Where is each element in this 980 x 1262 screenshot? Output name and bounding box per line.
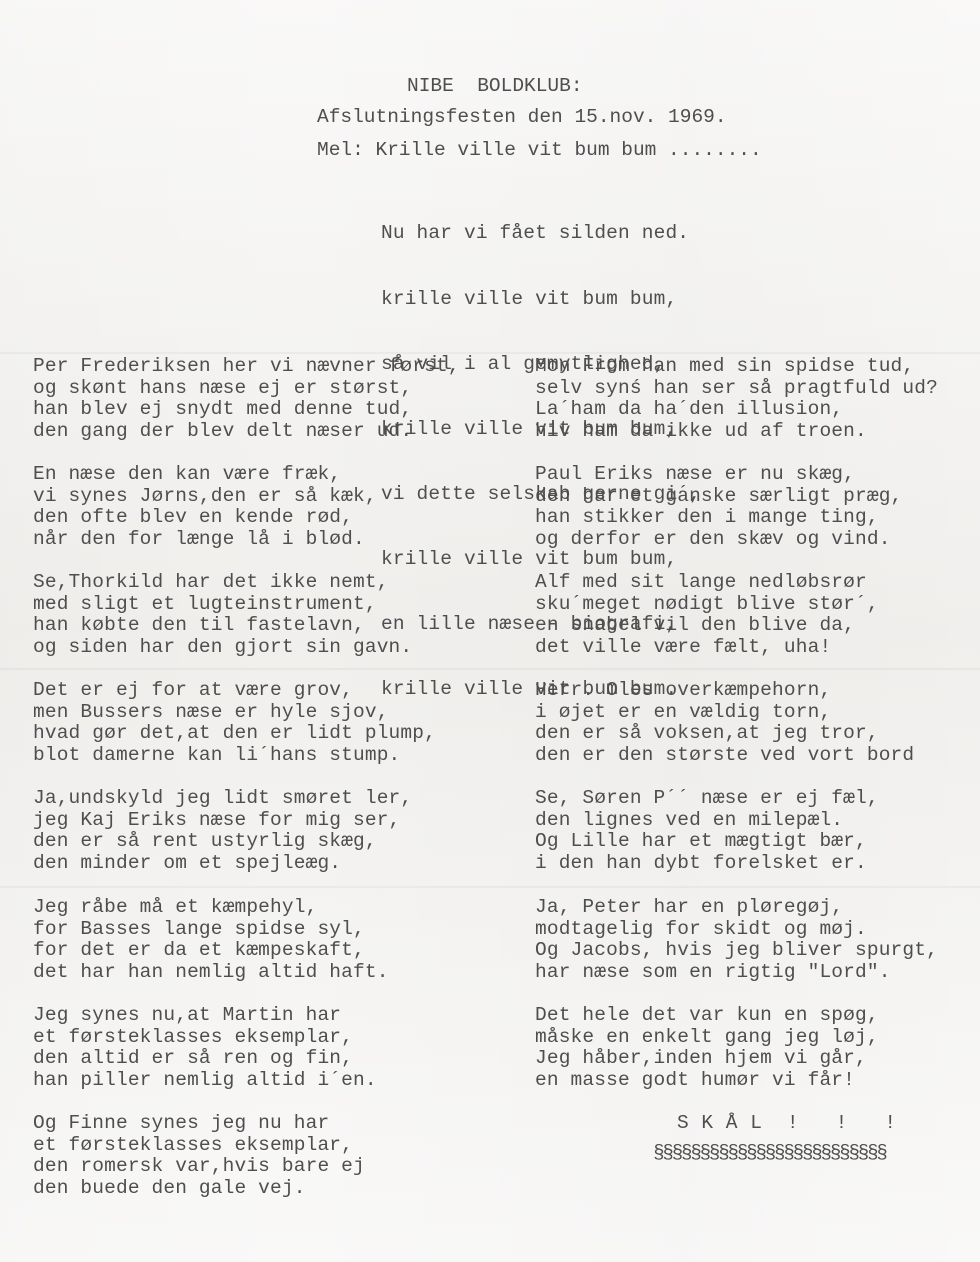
stanza: Mon From han med sin spidse tud,selv syn… bbox=[535, 356, 938, 443]
verse-line: og skønt hans næse ej er størst, bbox=[33, 378, 460, 400]
verse-line: en snabel vil den blive da, bbox=[535, 615, 879, 637]
stanza: Og Finne synes jeg nu haret førsteklasse… bbox=[33, 1113, 365, 1200]
verse-line: selv synś han ser så pragtfuld ud? bbox=[535, 378, 938, 400]
verse-line: Det hele det var kun en spøg, bbox=[535, 1005, 879, 1027]
toast-line: S K Å L ! ! ! bbox=[677, 1112, 897, 1134]
verse-line: Jeg synes nu,at Martin har bbox=[33, 1005, 377, 1027]
stanza: Alf med sit lange nedløbsrørsku´meget nø… bbox=[535, 572, 879, 659]
section-ornament: §§§§§§§§§§§§§§§§§§§§§§§§§ bbox=[653, 1142, 886, 1164]
verse-line: men Bussers næse er hyle sjov, bbox=[33, 702, 436, 724]
verse-line: den ofte blev en kende rød, bbox=[33, 507, 377, 529]
stanza: Det er ej for at være grov,men Bussers n… bbox=[33, 680, 436, 767]
stanza: Se,Thorkild har det ikke nemt,med sligt … bbox=[33, 572, 412, 659]
stanza: Per Frederiksen her vi nævner først,og s… bbox=[33, 356, 460, 443]
verse-line: Alf med sit lange nedløbsrør bbox=[535, 572, 879, 594]
verse-line: han stikker den i mange ting, bbox=[535, 507, 902, 529]
verse-line: krille ville vit bum bum, bbox=[381, 549, 701, 571]
verse-line: den buede den gale vej. bbox=[33, 1178, 365, 1200]
verse-line: den er så voksen,at jeg tror, bbox=[535, 723, 914, 745]
club-title: NIBE BOLDKLUB: bbox=[407, 70, 583, 102]
verse-line: blot damerne kan li´hans stump. bbox=[33, 745, 436, 767]
verse-line: Og Lille har et mægtigt bær, bbox=[535, 831, 879, 853]
verse-line: den romersk var,hvis bare ej bbox=[33, 1156, 365, 1178]
verse-line: har næse som en rigtig "Lord". bbox=[535, 962, 938, 984]
verse-line: for Basses lange spidse syl, bbox=[33, 919, 389, 941]
verse-line: Se, Søren P´´ næse er ej fæl, bbox=[535, 788, 879, 810]
verse-line: den er så rent ustyrlig skæg, bbox=[33, 831, 412, 853]
verse-line: i øjet er en vældig torn, bbox=[535, 702, 914, 724]
verse-line: og siden har den gjort sin gavn. bbox=[33, 637, 412, 659]
verse-line: han piller nemlig altid i´en. bbox=[33, 1070, 377, 1092]
verse-line: han købte den til fastelavn, bbox=[33, 615, 412, 637]
verse-line: den er den største ved vort bord bbox=[535, 745, 914, 767]
stanza: Herr. Oles overkæmpehorn,i øjet er en væ… bbox=[535, 680, 914, 767]
verse-line: Se,Thorkild har det ikke nemt, bbox=[33, 572, 412, 594]
verse-line: den minder om et spejleæg. bbox=[33, 853, 412, 875]
verse-line: den gang der blev delt næser ud. bbox=[33, 421, 460, 443]
verse-line: vi synes Jørns,den er så kæk, bbox=[33, 486, 377, 508]
verse-line: hvad gør det,at den er lidt plump, bbox=[33, 723, 436, 745]
verse-line: han blev ej snydt med denne tud, bbox=[33, 399, 460, 421]
verse-line: den har et ganske særligt præg, bbox=[535, 486, 902, 508]
stanza: Jeg råbe må et kæmpehyl,for Basses lange… bbox=[33, 897, 389, 984]
verse-line: Jeg håber,inden hjem vi går, bbox=[535, 1048, 879, 1070]
verse-line: det har han nemlig altid haft. bbox=[33, 962, 389, 984]
stanza: En næse den kan være fræk,vi synes Jørns… bbox=[33, 464, 377, 551]
verse-line: og derfor er den skæv og vind. bbox=[535, 529, 902, 551]
verse-line: Ja,undskyld jeg lidt smøret ler, bbox=[33, 788, 412, 810]
verse-line: i den han dybt forelsket er. bbox=[535, 853, 879, 875]
verse-line: et førsteklasses eksemplar, bbox=[33, 1027, 377, 1049]
verse-line: Jeg råbe må et kæmpehyl, bbox=[33, 897, 389, 919]
verse-line: den altid er så ren og fin, bbox=[33, 1048, 377, 1070]
melody-line: Mel: Krille ville vit bum bum ........ bbox=[317, 134, 762, 166]
verse-line: Herr. Oles overkæmpehorn, bbox=[535, 680, 914, 702]
verse-line: Og Finne synes jeg nu har bbox=[33, 1113, 365, 1135]
stanza: Paul Eriks næse er nu skæg,den har et ga… bbox=[535, 464, 902, 551]
stanza: Det hele det var kun en spøg,måske en en… bbox=[535, 1005, 879, 1092]
verse-line: Ja, Peter har en pløregøj, bbox=[535, 897, 938, 919]
event-title: Afslutningsfesten den 15.nov. 1969. bbox=[317, 101, 727, 133]
verse-line: sku´meget nødigt blive stør´, bbox=[535, 594, 879, 616]
verse-line: med sligt et lugteinstrument, bbox=[33, 594, 412, 616]
stanza: Ja, Peter har en pløregøj,modtagelig for… bbox=[535, 897, 938, 984]
verse-line: når den for længe lå i blød. bbox=[33, 529, 377, 551]
verse-line: det ville være fælt, uha! bbox=[535, 637, 879, 659]
verse-line: hiv ham da ikke ud af troen. bbox=[535, 421, 938, 443]
verse-line: den lignes ved en milepæl. bbox=[535, 810, 879, 832]
stanza: Jeg synes nu,at Martin haret førsteklass… bbox=[33, 1005, 377, 1092]
verse-line: Og Jacobs, hvis jeg bliver spurgt, bbox=[535, 940, 938, 962]
paper-fold bbox=[0, 886, 980, 888]
verse-line: et førsteklasses eksemplar, bbox=[33, 1135, 365, 1157]
verse-line: La´ham da ha´den illusion, bbox=[535, 399, 938, 421]
stanza: Se, Søren P´´ næse er ej fæl,den lignes … bbox=[535, 788, 879, 875]
verse-line: jeg Kaj Eriks næse for mig ser, bbox=[33, 810, 412, 832]
stanza: Ja,undskyld jeg lidt smøret ler,jeg Kaj … bbox=[33, 788, 412, 875]
verse-line: for det er da et kæmpeskaft, bbox=[33, 940, 389, 962]
verse-line: Per Frederiksen her vi nævner først, bbox=[33, 356, 460, 378]
verse-line: En næse den kan være fræk, bbox=[33, 464, 377, 486]
verse-line: modtagelig for skidt og møj. bbox=[535, 919, 938, 941]
verse-line: krille ville vit bum bum, bbox=[381, 289, 701, 311]
verse-line: Mon From han med sin spidse tud, bbox=[535, 356, 938, 378]
verse-line: Nu har vi fået silden ned. bbox=[381, 223, 701, 245]
verse-line: måske en enkelt gang jeg løj, bbox=[535, 1027, 879, 1049]
verse-line: en masse godt humør vi får! bbox=[535, 1070, 879, 1092]
verse-line: Paul Eriks næse er nu skæg, bbox=[535, 464, 902, 486]
verse-line: Det er ej for at være grov, bbox=[33, 680, 436, 702]
